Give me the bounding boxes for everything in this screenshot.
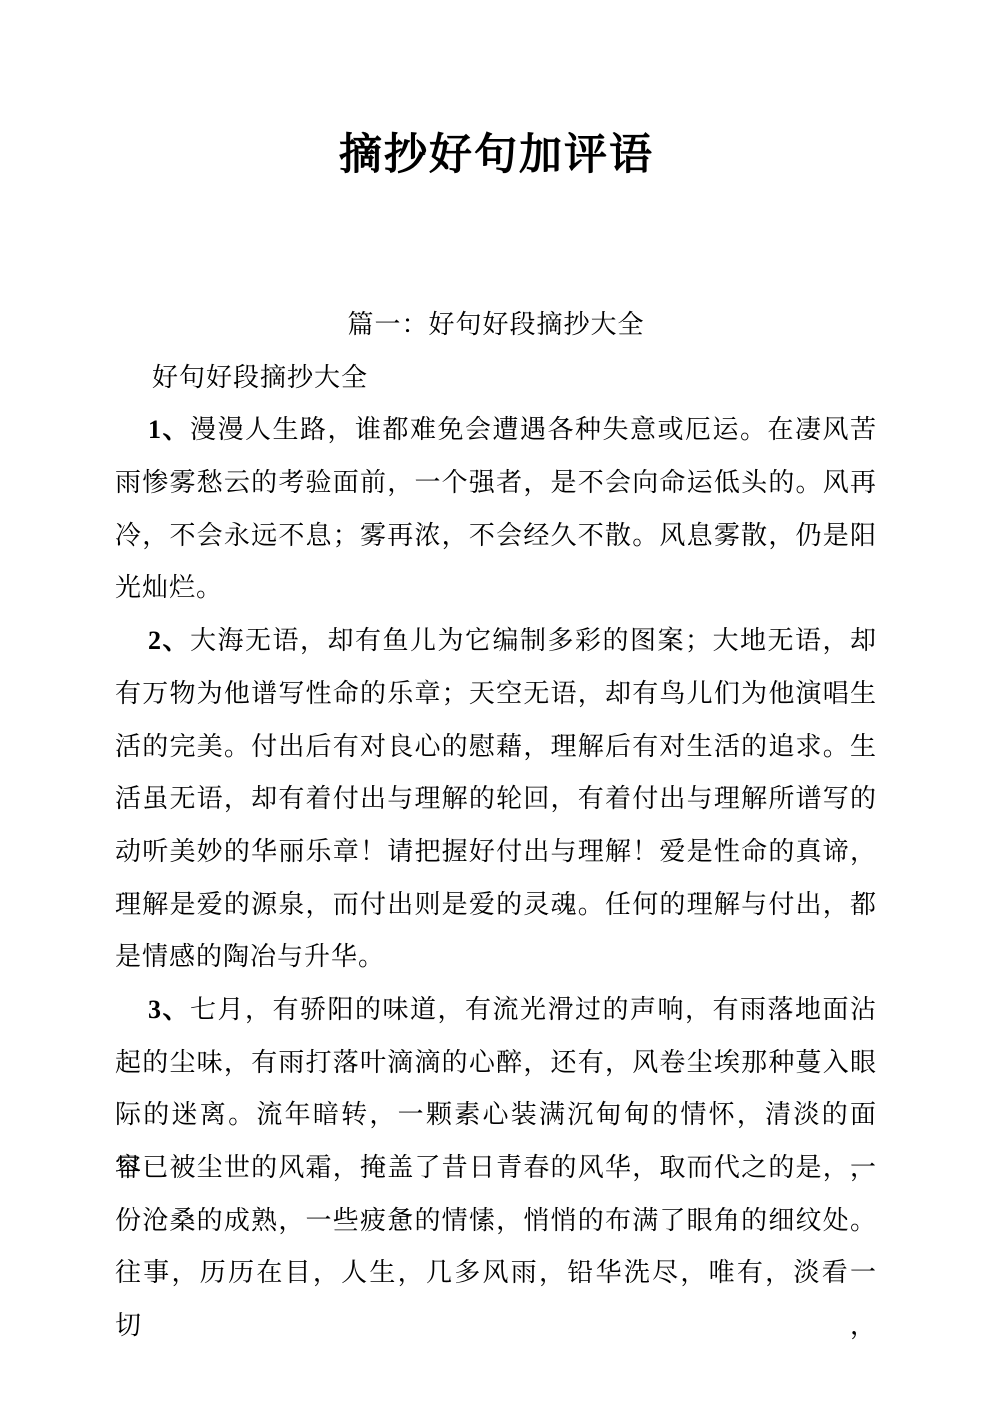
text-line: 份沧桑的成熟，一些疲惫的情愫，悄悄的布满了眼角的细纹处。: [115, 1195, 877, 1248]
text-line: 际的迷离。流年暗转，一颗素心装满沉甸甸的情怀，清淡的面容，: [115, 1089, 877, 1142]
text-line: 活的完美。付出后有对良心的慰藉，理解后有对生活的追求。生: [115, 721, 877, 774]
section-heading: 篇一：好句好段摘抄大全: [115, 299, 877, 352]
document-body: 篇一：好句好段摘抄大全 好句好段摘抄大全 1、漫漫人生路，谁都难免会遭遇各种失意…: [115, 299, 877, 1300]
paragraph-3: 3、七月，有骄阳的味道，有流光滑过的声响，有雨落地面沾 起的尘味，有雨打落叶滴滴…: [115, 984, 877, 1300]
text-line: 有万物为他谱写性命的乐章；天空无语，却有鸟儿们为他演唱生: [115, 668, 877, 721]
text-line: 3、七月，有骄阳的味道，有流光滑过的声响，有雨落地面沾: [115, 984, 877, 1037]
text-line: 理解是爱的源泉，而付出则是爱的灵魂。任何的理解与付出，都: [115, 879, 877, 932]
text-line: 光灿烂。: [115, 562, 877, 615]
section-subheading: 好句好段摘抄大全: [115, 352, 877, 405]
text-line: 起的尘味，有雨打落叶滴滴的心醉，还有，风卷尘埃那种蔓入眼: [115, 1037, 877, 1090]
document-page: 摘抄好句加评语 篇一：好句好段摘抄大全 好句好段摘抄大全 1、漫漫人生路，谁都难…: [0, 0, 993, 1404]
list-number: 2、: [148, 626, 190, 655]
text-line: 2、大海无语，却有鱼儿为它编制多彩的图案；大地无语，却: [115, 615, 877, 668]
text-line: 早已被尘世的风霜，掩盖了昔日青春的风华，取而代之的是，一: [115, 1142, 877, 1195]
document-title: 摘抄好句加评语: [0, 131, 993, 181]
text-line: 冷，不会永远不息；雾再浓，不会经久不散。风息雾散，仍是阳: [115, 510, 877, 563]
paragraph-1: 1、漫漫人生路，谁都难免会遭遇各种失意或厄运。在凄风苦 雨惨雾愁云的考验面前，一…: [115, 404, 877, 615]
text-line: 1、漫漫人生路，谁都难免会遭遇各种失意或厄运。在凄风苦: [115, 404, 877, 457]
text-line: 往事，历历在目，人生，几多风雨，铅华洗尽，唯有，淡看一切，: [115, 1247, 877, 1300]
text-run: 七月，有骄阳的味道，有流光滑过的声响，有雨落地面沾: [190, 995, 877, 1024]
text-line: 活虽无语，却有着付出与理解的轮回，有着付出与理解所谱写的: [115, 773, 877, 826]
list-number: 3、: [148, 995, 190, 1024]
text-line: 动听美妙的华丽乐章！请把握好付出与理解！爱是性命的真谛，: [115, 826, 877, 879]
text-run: 大海无语，却有鱼儿为它编制多彩的图案；大地无语，却: [190, 626, 877, 655]
text-line: 是情感的陶冶与升华。: [115, 931, 877, 984]
text-run: 漫漫人生路，谁都难免会遭遇各种失意或厄运。在凄风苦: [190, 415, 877, 444]
list-number: 1、: [148, 415, 190, 444]
paragraph-2: 2、大海无语，却有鱼儿为它编制多彩的图案；大地无语，却 有万物为他谱写性命的乐章…: [115, 615, 877, 984]
text-line: 雨惨雾愁云的考验面前，一个强者，是不会向命运低头的。风再: [115, 457, 877, 510]
